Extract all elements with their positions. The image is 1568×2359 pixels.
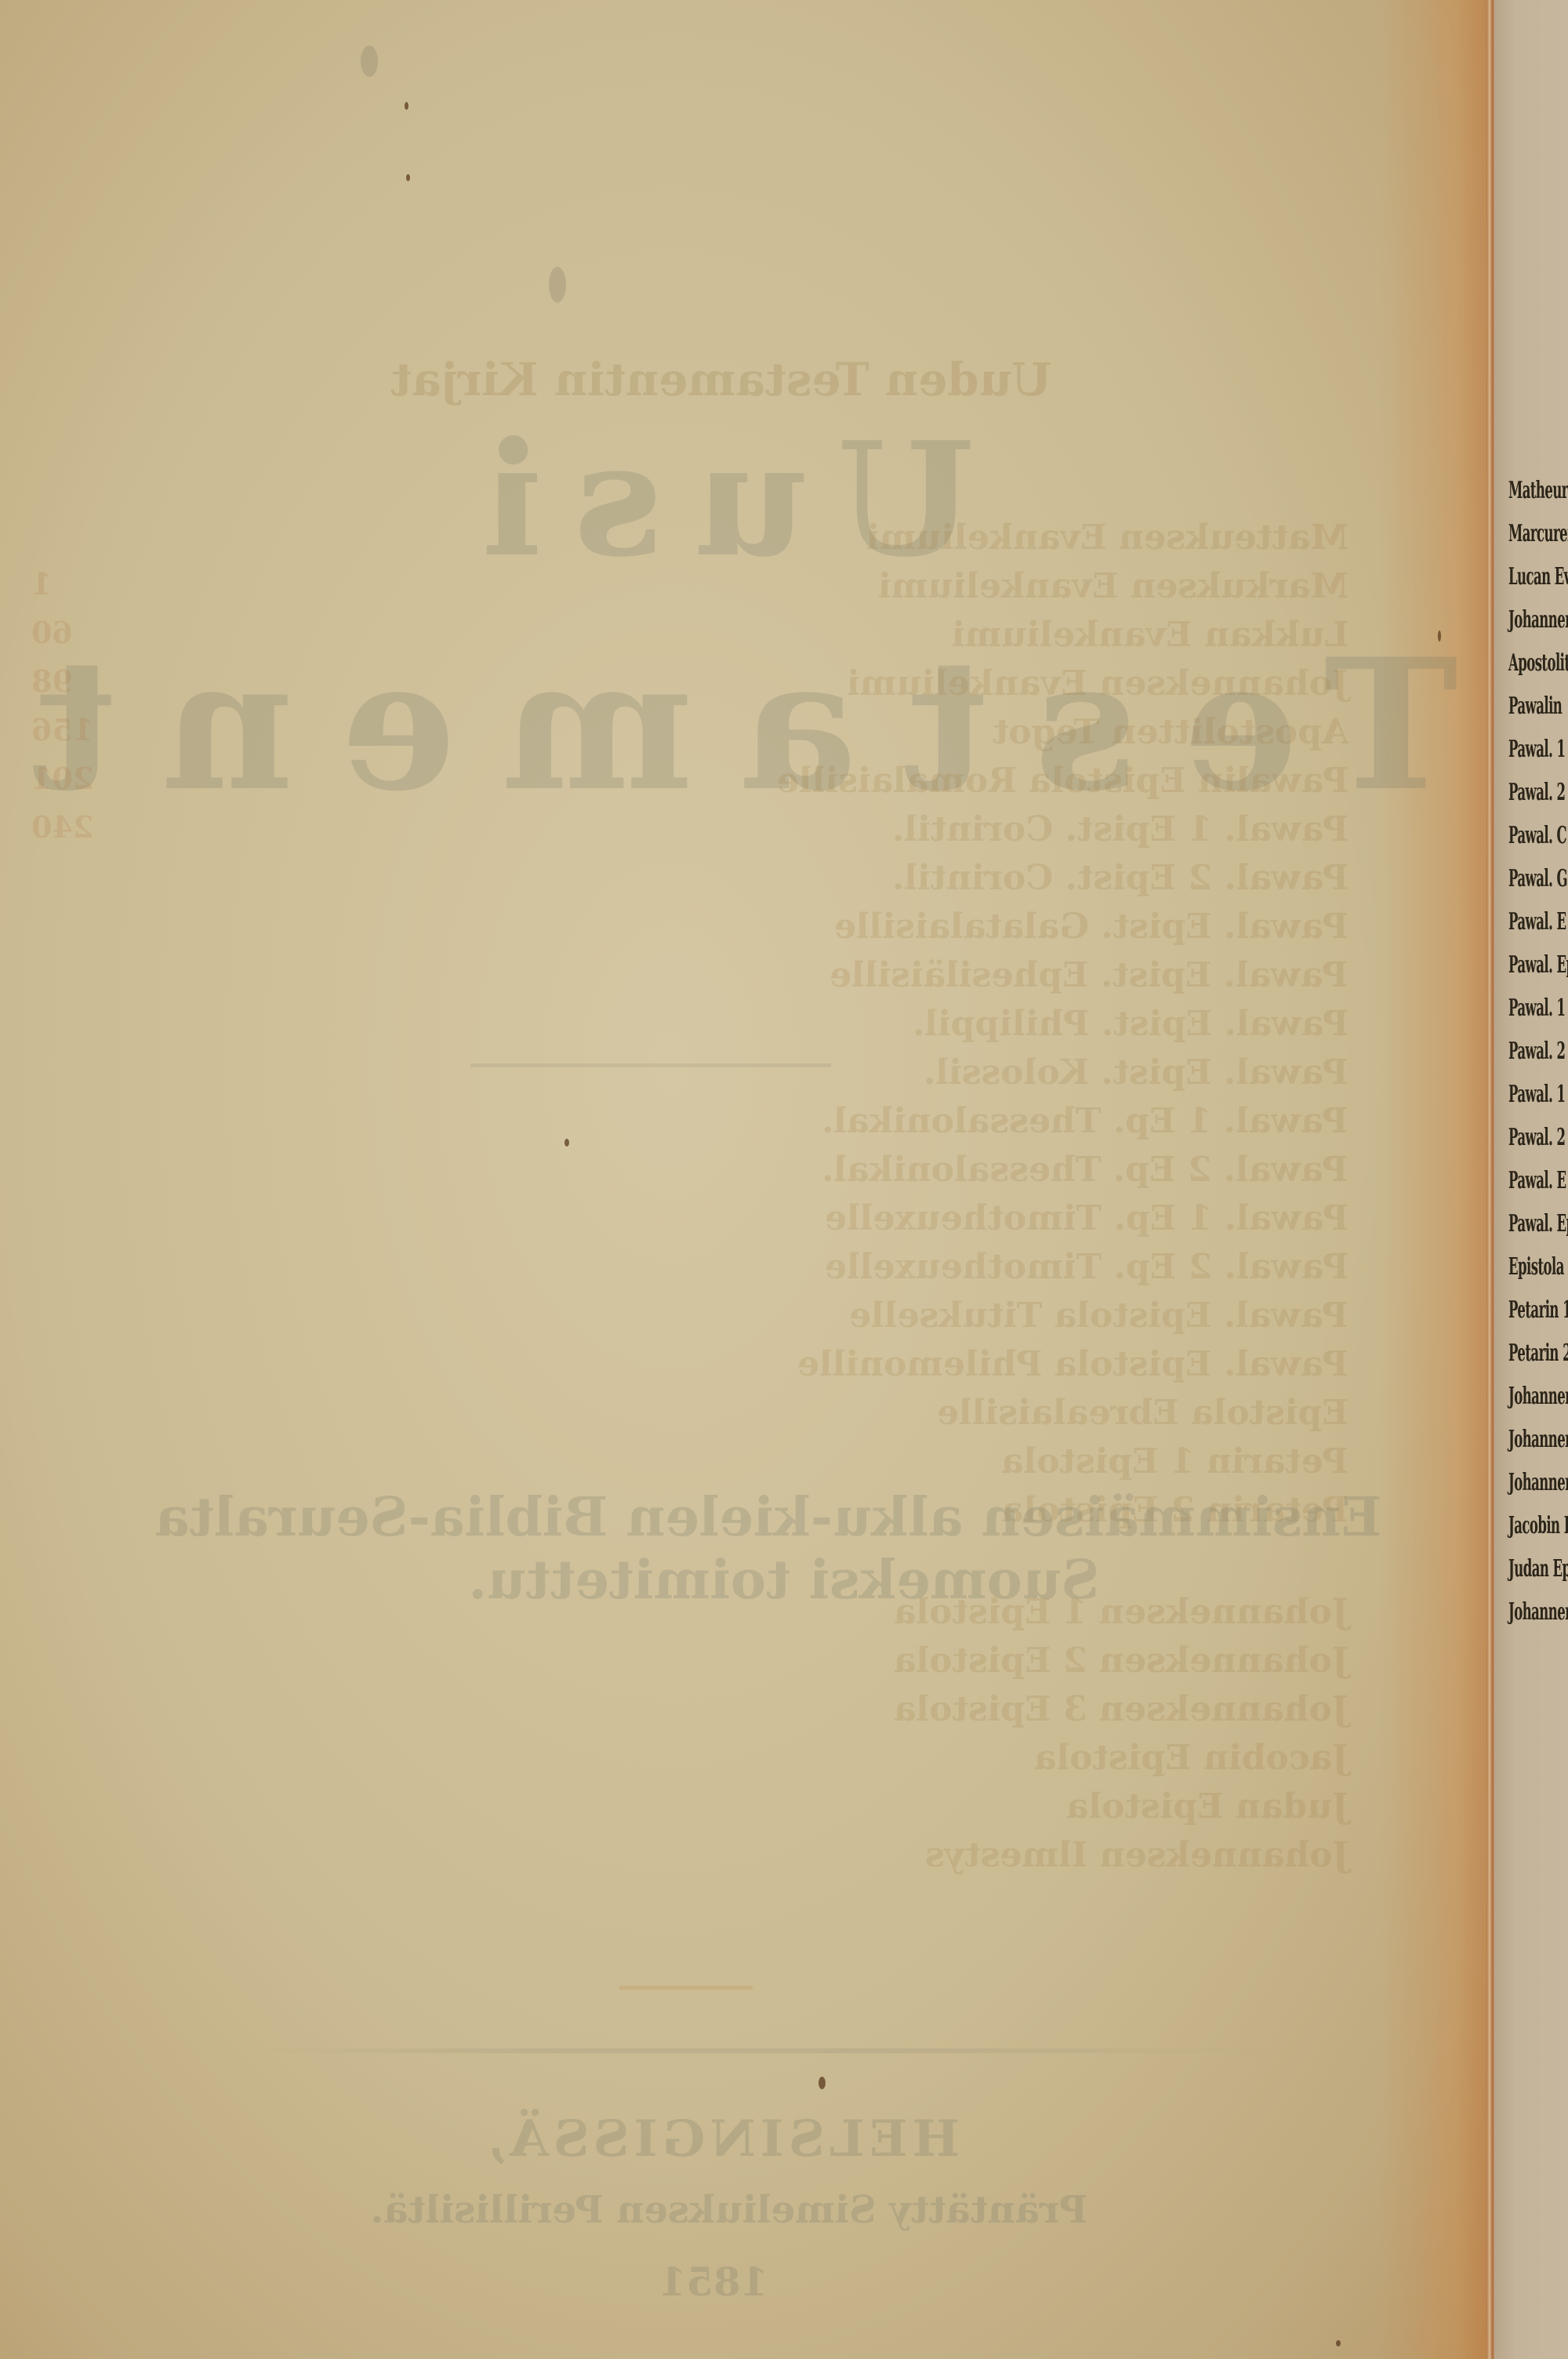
show-through-heading: Uuden Testamentin Kirjat — [329, 353, 1113, 406]
facing-page-entry: Pawal. Ep — [1508, 1202, 1568, 1245]
ink-smudge — [361, 45, 378, 77]
show-through-rule — [470, 1063, 831, 1067]
show-through-list-item: Johanneksen 3 Epistola — [894, 1689, 1348, 1738]
show-through-page-number: 240 — [31, 809, 118, 845]
show-through-page-number: 1 — [31, 566, 118, 602]
facing-page-entry: Petarin 1 — [1508, 1289, 1568, 1332]
show-through-list-item: Judan Epistola — [1066, 1787, 1348, 1835]
show-through-list-item: Markuksen Evankeliumi — [878, 566, 1348, 615]
facing-page-entry: Johanneren — [1508, 1375, 1568, 1418]
show-through-colophon-printer: Präntätty Simeliuksen Perillisiltä. — [298, 2188, 1160, 2232]
show-through-list-item: Pawal. 2 Ep. Thessalonikal. — [822, 1150, 1348, 1198]
facing-page-edge: Matheuren Marcuren Lucan Eva Johanneren … — [1494, 0, 1568, 2359]
foxing-speck — [1336, 2340, 1341, 2346]
facing-page-entry: Johanneren — [1508, 1590, 1568, 1634]
show-through-page-number: 60 — [31, 615, 118, 650]
facing-page-entry: Pawal. E — [1508, 900, 1568, 943]
show-through-list-item: Lukkan Evankeliumi — [952, 615, 1349, 663]
show-through-list-item: Pawal. Epist. Galatalaisille — [834, 907, 1348, 955]
foxing-speck — [1438, 631, 1441, 642]
show-through-list-item: Pawal. Epist. Ephesiläisille — [829, 955, 1348, 1004]
book-gutter — [1486, 0, 1494, 2359]
show-through-subtitle-line-1: Ensimmäisen alku-kielen Biblia-Seuralta — [102, 1486, 1435, 1549]
show-through-list-item: Pawal. Epist. Philippil. — [913, 1004, 1348, 1052]
facing-page-entry: Jacobin Epi — [1508, 1504, 1568, 1547]
show-through-list-item: Jacobin Epistola — [1034, 1738, 1348, 1787]
facing-page-entry: Pawal. 2 — [1508, 771, 1568, 814]
show-through-list-item: Pawalin Epistola Romalaisille — [777, 761, 1348, 809]
facing-page-contents-list: Matheuren Marcuren Lucan Eva Johanneren … — [1508, 469, 1568, 1634]
facing-page-entry: Johanneren — [1508, 1418, 1568, 1461]
facing-page-entry: Lucan Eva — [1508, 555, 1568, 598]
facing-page-entry: Pawal. 1 — [1508, 987, 1568, 1030]
foxing-speck — [818, 2077, 826, 2089]
foxing-speck — [406, 174, 410, 181]
show-through-list-item: Pawal. 1 Ep. Thessalonikal. — [822, 1101, 1348, 1150]
show-through-list-item: Pawal. 2 Epist. Corintil. — [892, 858, 1348, 907]
show-through-list-item: Matteuksen Evankeliumi — [866, 518, 1348, 566]
facing-page-entry: Pawal. Ep — [1508, 943, 1568, 987]
facing-page-entry: Pawalin — [1508, 685, 1568, 728]
show-through-page-number: 156 — [31, 712, 118, 747]
ink-smudge — [549, 267, 566, 303]
show-through-list-item: Johanneksen Evankeliumi — [847, 663, 1348, 712]
facing-page-entry: Pawal. E — [1508, 1159, 1568, 1202]
show-through-list-item: Apostolitten Tegot — [993, 712, 1348, 761]
show-through-list-item: Pawal. 1 Epist. Corintil. — [892, 809, 1348, 858]
show-through-colophon-year: 1851 — [596, 2259, 831, 2305]
show-through-list-item: Pawal. Epistola Philemonille — [797, 1344, 1348, 1393]
facing-page-entry: Pawal. 1 — [1508, 1073, 1568, 1116]
show-through-colophon-place: HELSINGISSÄ, — [408, 2110, 1035, 2168]
show-through-colophon-rule — [259, 2048, 1278, 2053]
facing-page-entry: Marcuren — [1508, 512, 1568, 555]
facing-page-entry: Johanneren — [1508, 598, 1568, 642]
show-through-subtitle-line-2: Suomeksi toimitettu. — [392, 1549, 1176, 1612]
facing-page-entry: Judan Epist — [1508, 1547, 1568, 1590]
foxed-page-edge — [1380, 0, 1490, 2359]
facing-page-entry: Epistola He — [1508, 1245, 1568, 1289]
show-through-list-item: Epistola Ebrealaisille — [937, 1393, 1348, 1441]
facing-page-entry: Pawal. G — [1508, 857, 1568, 900]
show-through-page-number: 201 — [31, 761, 118, 796]
facing-page-entry: Matheuren — [1508, 469, 1568, 512]
show-through-ornament-rule — [619, 1986, 753, 1990]
facing-page-entry: Pawal. C — [1508, 814, 1568, 857]
foxing-speck — [405, 102, 408, 110]
facing-page-entry: Apostolitten — [1508, 642, 1568, 685]
facing-page-entry: Johanneren — [1508, 1461, 1568, 1504]
show-through-list-item: Pawal. 1 Ep. Timotheuxelle — [825, 1198, 1348, 1247]
show-through-list-item: Petarin 1 Epistola — [1001, 1441, 1348, 1490]
facing-page-entry: Pawal. 2 — [1508, 1030, 1568, 1073]
show-through-page-number: 98 — [31, 663, 118, 699]
show-through-list-item: Johanneksen Ilmestys — [925, 1835, 1348, 1884]
show-through-list-item: Pawal. 2 Ep. Timotheuxelle — [825, 1247, 1348, 1296]
facing-page-entry: Petarin 2 — [1508, 1332, 1568, 1375]
foxing-speck — [564, 1139, 569, 1147]
facing-page-entry: Pawal. 1 — [1508, 728, 1568, 771]
show-through-list-item: Johanneksen 2 Epistola — [894, 1641, 1348, 1689]
blank-verso-page: Uuden Testamentin Kirjat Uusi Testamentt… — [0, 0, 1490, 2359]
facing-page-entry: Pawal. 2 — [1508, 1116, 1568, 1159]
show-through-list-item: Pawal. Epist. Kolossil. — [924, 1052, 1348, 1101]
show-through-list-item: Pawal. Epistola Titukselle — [849, 1296, 1348, 1344]
